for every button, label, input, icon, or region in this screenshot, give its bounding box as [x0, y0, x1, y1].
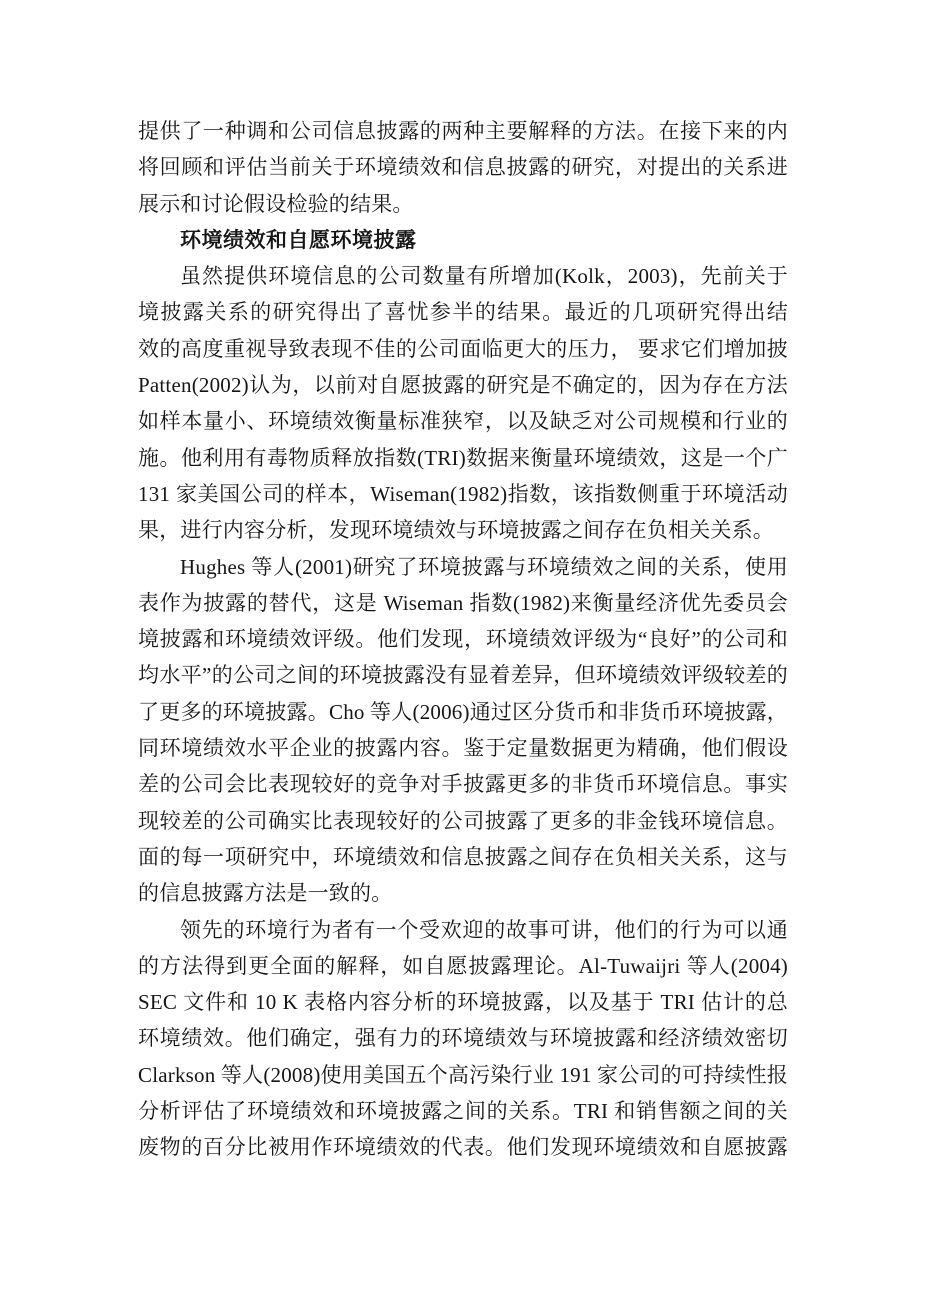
text-line: 均水平”的公司之间的环境披露没有显着差异，但环境绩效评级较差的公司提供: [138, 657, 788, 693]
text-line: 表作为披露的替代，这是 Wiseman 指数(1982)来衡量经济优先委员会(C…: [138, 585, 788, 621]
text-line: 面的每一项研究中，环境绩效和信息披露之间存在负相关关系，这与基于合法性: [138, 839, 788, 875]
text-line: 131 家美国公司的样本，Wiseman(1982)指数，该指数侧重于环境活动的…: [138, 476, 788, 512]
text-line: 的方法得到更全面的解释，如自愿披露理论。Al-Tuwaijri 等人(2004)…: [138, 948, 788, 984]
text-line: 的信息披露方法是一致的。: [138, 875, 788, 911]
paragraph-patten: 虽然提供环境信息的公司数量有所增加(Kolk，2003)，先前关于环境绩效-环境…: [138, 258, 788, 548]
text-line: 效的高度重视导致表现不佳的公司面临更大的压力， 要求它们增加披露。: [138, 331, 788, 367]
document-viewer: { "document": { "background_color": "#ff…: [0, 0, 925, 1309]
document-content: 提供了一种调和公司信息披露的两种主要解释的方法。在接下来的内容中，我们将回顾和评…: [138, 113, 788, 1166]
text-line: 环境绩效。他们确定，强有力的环境绩效与环境披露和经济绩效密切相关。最后，: [138, 1020, 788, 1056]
text-line: 将回顾和评估当前关于环境绩效和信息披露的研究，对提出的关系进行假设，并: [138, 149, 788, 185]
paragraph-altuwaijri-clarkson: 领先的环境行为者有一个受欢迎的故事可讲，他们的行为可以通过基于策略的方法得到更全…: [138, 912, 788, 1166]
text-line: 境披露关系的研究得出了喜忧参半的结果。最近的几项研究得出结论，对环境绩: [138, 294, 788, 330]
text-line: Clarkson 等人(2008)使用美国五个高污染行业 191 家公司的可持续…: [138, 1057, 788, 1093]
text-line: 提供了一种调和公司信息披露的两种主要解释的方法。在接下来的内容中，我们: [138, 113, 788, 149]
text-line: 废物的百分比被用作环境绩效的代表。他们发现环境绩效和自愿披露水平之间存: [138, 1129, 788, 1165]
intro-paragraph: 提供了一种调和公司信息披露的两种主要解释的方法。在接下来的内容中，我们将回顾和评…: [138, 113, 788, 222]
text-line: 展示和讨论假设检验的结果。: [138, 186, 788, 222]
text-line: 同环境绩效水平企业的披露内容。鉴于定量数据更为精确，他们假设环境表现较: [138, 730, 788, 766]
text-line: 虽然提供环境信息的公司数量有所增加(Kolk，2003)，先前关于环境绩效-环: [138, 258, 788, 294]
text-line: Hughes 等人(2001)研究了环境披露与环境绩效之间的关系，使用年度报告报: [138, 549, 788, 585]
text-line: Patten(2002)认为，以前对自愿披露的研究是不确定的，因为存在方法上的缺…: [138, 367, 788, 403]
text-line: 领先的环境行为者有一个受欢迎的故事可讲，他们的行为可以通过基于策略: [138, 912, 788, 948]
text-line: 果，进行内容分析，发现环境绩效与环境披露之间存在负相关关系。: [138, 512, 788, 548]
text-line: SEC 文件和 10 K 表格内容分析的环境披露，以及基于 TRI 估计的总回收…: [138, 984, 788, 1020]
text-line: 如样本量小、环境绩效衡量标准狭窄，以及缺乏对公司规模和行业的适当控制措: [138, 403, 788, 439]
paragraph-hughes-cho: Hughes 等人(2001)研究了环境披露与环境绩效之间的关系，使用年度报告报…: [138, 549, 788, 912]
text-line: 施。他利用有毒物质释放指数(TRI)数据来衡量环境绩效，这是一个广泛分布的: [138, 440, 788, 476]
section-heading-text: 环境绩效和自愿环境披露: [138, 222, 788, 258]
text-line: 分析评估了环境绩效和环境披露之间的关系。TRI 和销售额之间的关系以及回收: [138, 1093, 788, 1129]
text-line: 境披露和环境绩效评级。他们发现，环境绩效评级为“良好”的公司和被评为“平: [138, 621, 788, 657]
text-line: 差的公司会比表现较好的竞争对手披露更多的非货币环境信息。事实上，环境表: [138, 766, 788, 802]
text-line: 了更多的环境披露。Cho 等人(2006)通过区分货币和非货币环境披露，侧重于不: [138, 694, 788, 730]
text-line: 现较差的公司确实比表现较好的公司披露了更多的非金钱环境信息。因此，在前: [138, 803, 788, 839]
section-heading: 环境绩效和自愿环境披露: [138, 222, 788, 258]
document-page: 提供了一种调和公司信息披露的两种主要解释的方法。在接下来的内容中，我们将回顾和评…: [0, 0, 925, 1309]
